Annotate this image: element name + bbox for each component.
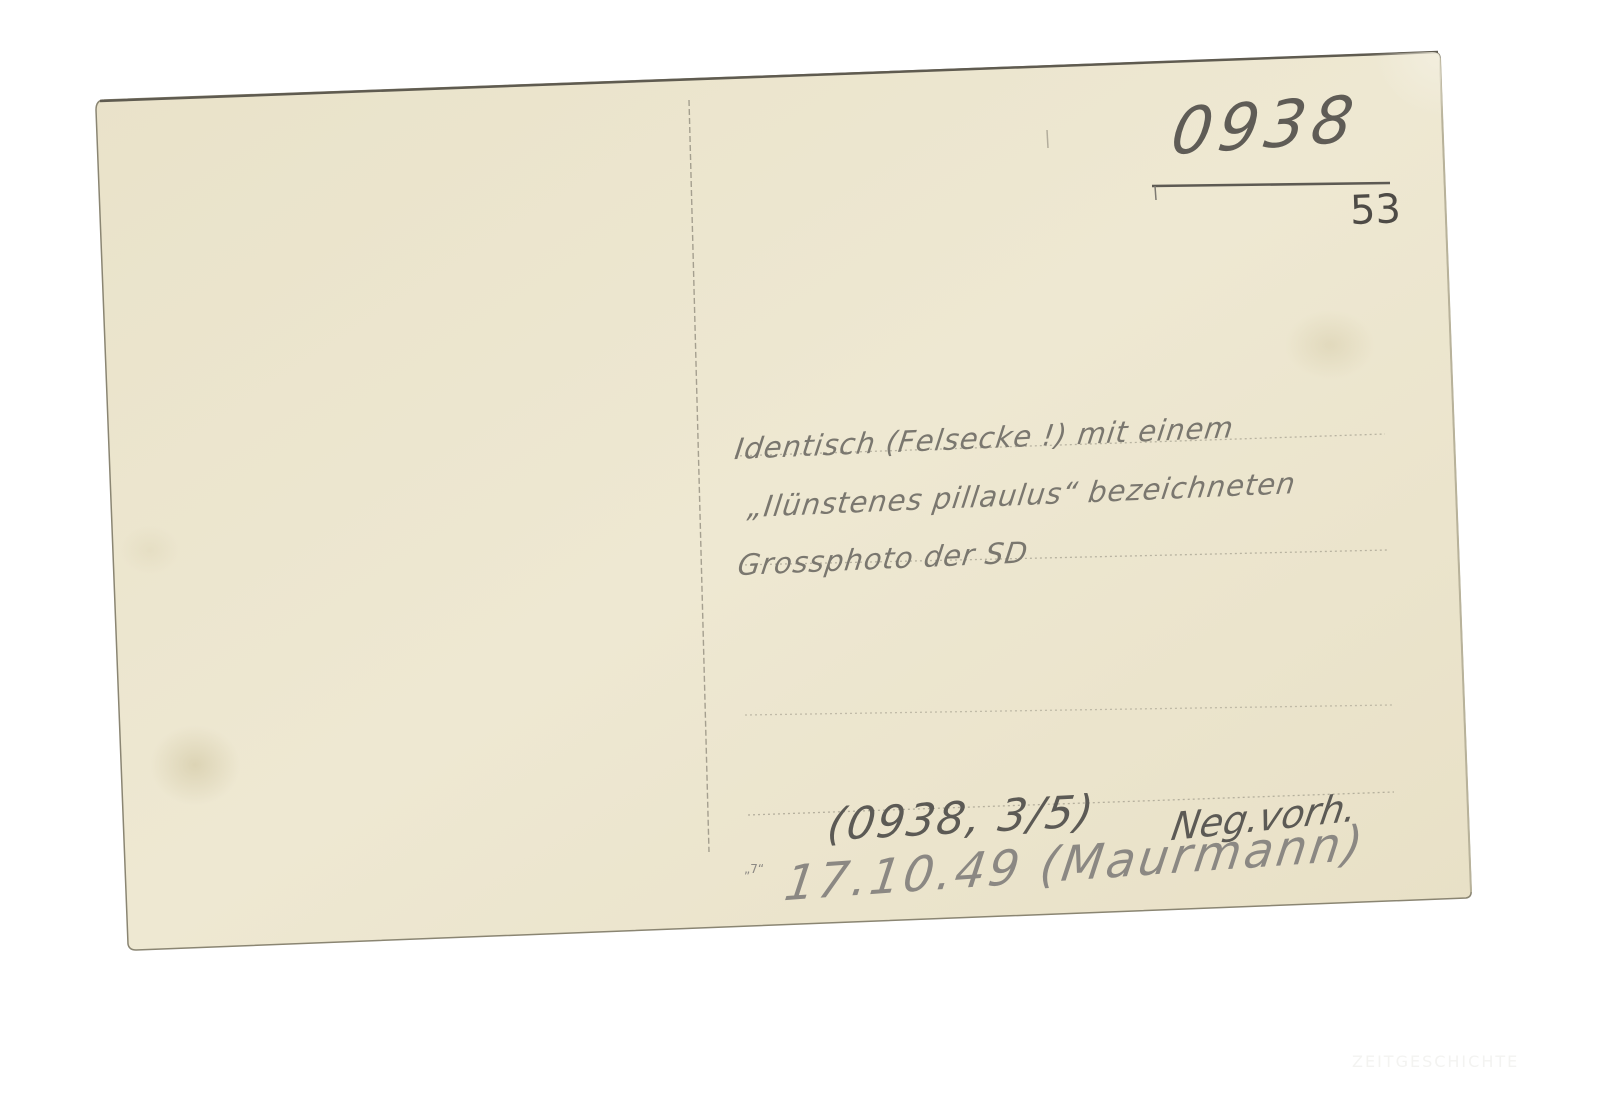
archive-number: 0938 [1167, 83, 1364, 171]
stain [150, 725, 240, 805]
postcard-back: 0938 53 Identisch (Felsecke !) mit einem… [0, 0, 1600, 1095]
small-mark: „7“ [744, 862, 764, 876]
watermark: ZEITGESCHICHTE [1352, 1052, 1519, 1071]
stain [1285, 310, 1375, 380]
archive-sub-number: 53 [1349, 186, 1401, 234]
